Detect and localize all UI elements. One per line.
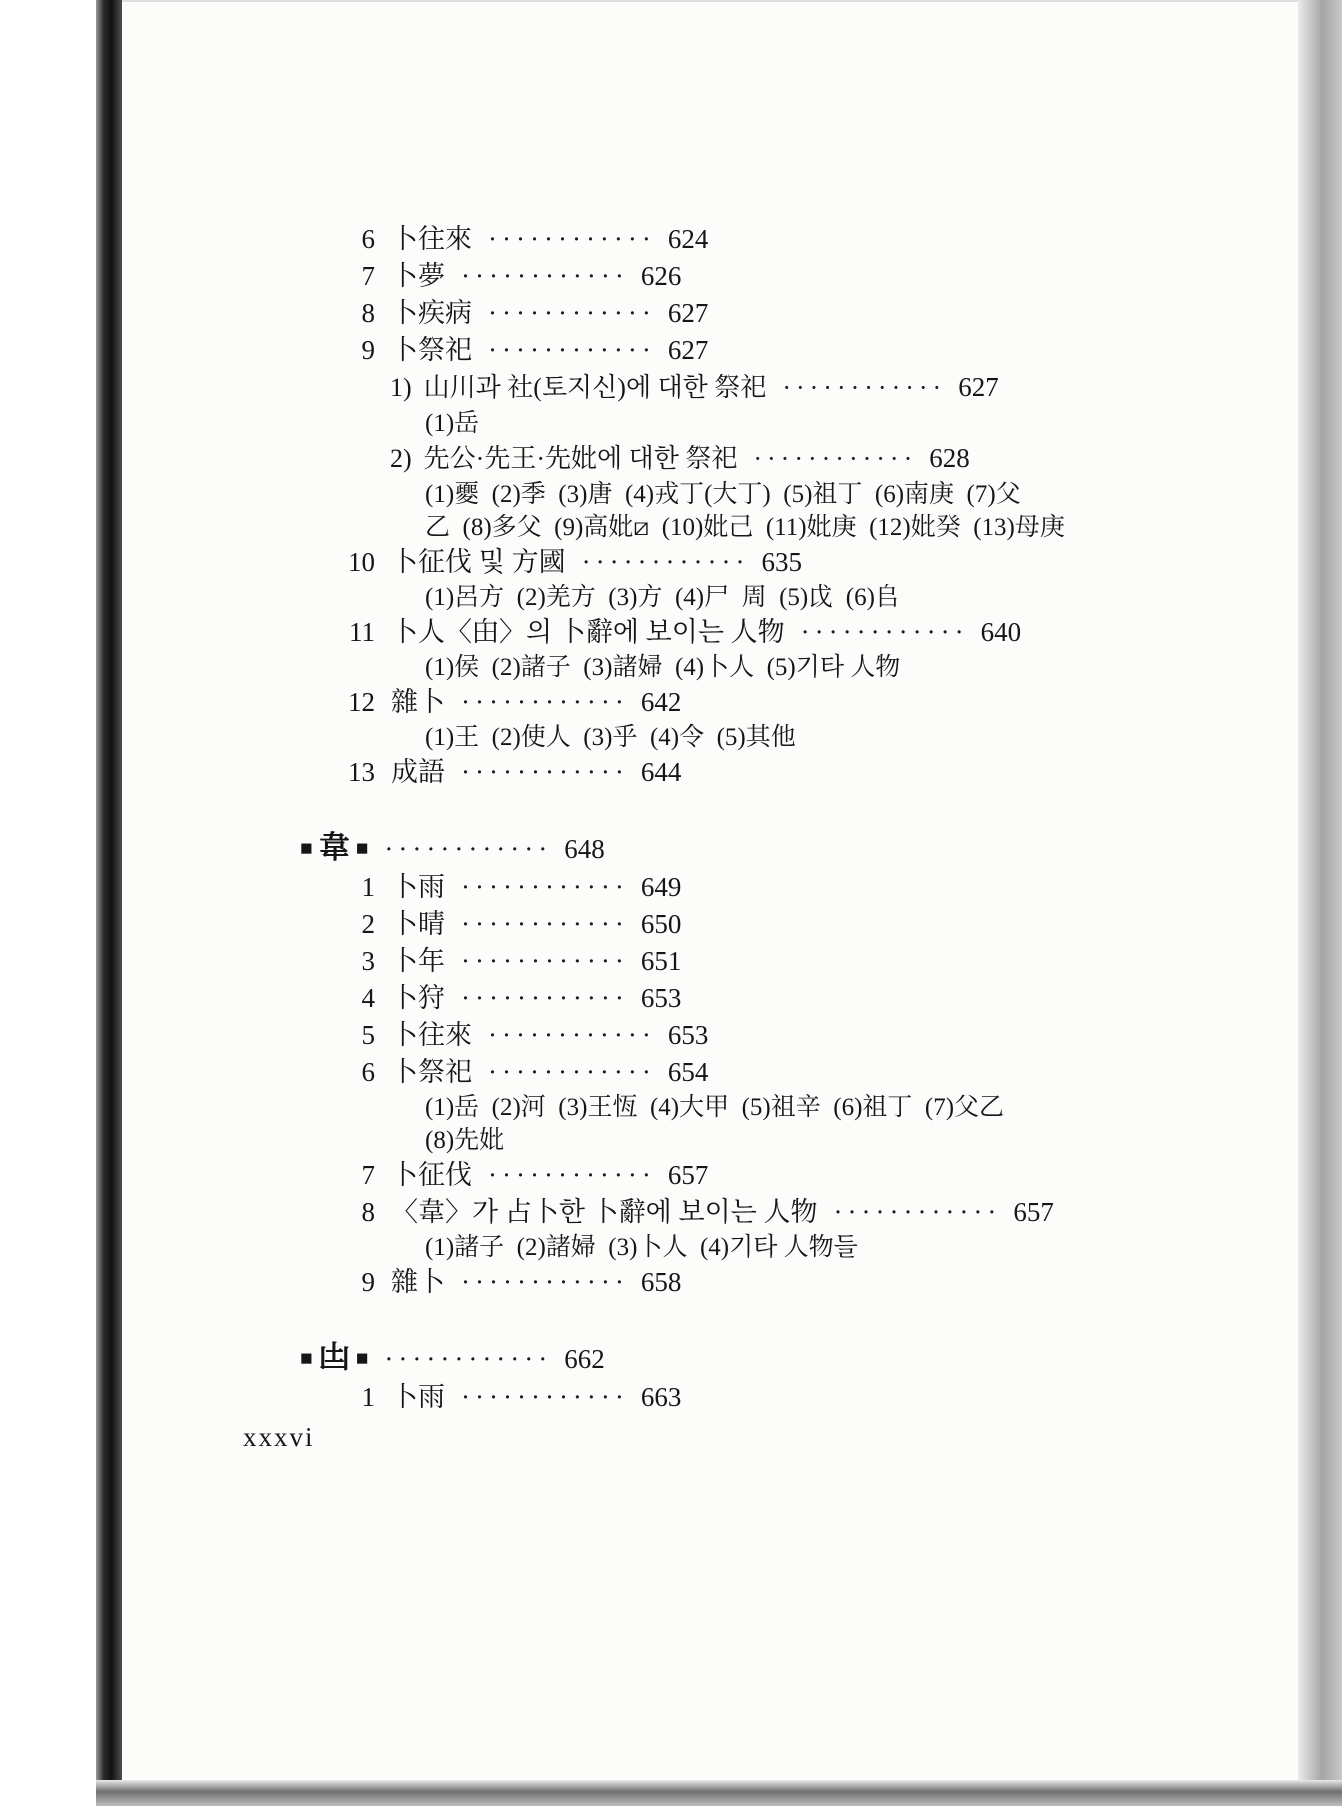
entry-page: 657: [668, 1160, 709, 1190]
leader-dots: ············: [782, 373, 946, 402]
section-marker-icon: ■: [356, 1346, 369, 1370]
entry-page: 644: [641, 757, 682, 787]
toc-entry: (1)侯 (2)諸子 (3)諸婦 (4)卜人 (5)기타 人物: [122, 654, 1298, 682]
toc-entry: (1)呂方 (2)羌方 (3)方 (4)尸 周 (5)戉 (6)𠂤: [122, 584, 1298, 612]
entry-title: 乙 (8)多父 (9)高妣⧄ (10)妣己 (11)妣庚 (12)妣癸 (13)…: [425, 514, 1065, 541]
entry-title: 卜疾病: [391, 298, 472, 328]
entry-title: (1)侯 (2)諸子 (3)諸婦 (4)卜人 (5)기타 人物: [425, 654, 900, 681]
toc-entry: 5卜往來············653: [122, 1020, 1298, 1050]
toc-entry: ■凷■············662: [122, 1343, 1298, 1374]
entry-number: 9: [333, 335, 375, 365]
entry-page: 642: [641, 687, 682, 717]
leader-dots: ············: [461, 983, 629, 1013]
entry-number: 5: [333, 1020, 375, 1050]
toc-entry: 6卜往來············624: [122, 224, 1298, 254]
entry-page: 635: [762, 547, 803, 577]
entry-page: 640: [981, 617, 1022, 647]
entry-title: 卜夢: [391, 261, 445, 291]
leader-dots: ············: [801, 617, 969, 647]
toc-entry: (8)先妣: [122, 1127, 1298, 1155]
entry-page: 628: [929, 443, 970, 473]
entry-title: 卜雨: [391, 1382, 445, 1412]
entry-page: 654: [668, 1057, 709, 1087]
entry-title: 雜卜: [391, 687, 445, 717]
toc-entry: 11卜人〈甶〉의 卜辭에 보이는 人物············640: [122, 617, 1298, 647]
toc-entry: 7卜征伐············657: [122, 1160, 1298, 1190]
entry-title: (1)夒 (2)季 (3)唐 (4)戎丁(大丁) (5)祖丁 (6)南庚 (7)…: [425, 481, 1021, 508]
entry-title: 雜卜: [391, 1267, 445, 1297]
page: 6卜往來············6247卜夢············6268卜疾…: [122, 0, 1298, 1792]
toc-entry: 1卜雨············649: [122, 872, 1298, 902]
entry-title: 卜晴: [391, 909, 445, 939]
entry-page: 627: [668, 298, 709, 328]
page-edge-shadow-bottom: [96, 1780, 1342, 1806]
leader-dots: ············: [488, 224, 656, 254]
entry-number: 6: [333, 1057, 375, 1087]
toc-entry: (1)岳 (2)河 (3)王恆 (4)大甲 (5)祖辛 (6)祖丁 (7)父乙: [122, 1094, 1298, 1122]
toc-entry: 2)先公·先王·先妣에 대한 祭祀············628: [122, 443, 1298, 474]
entry-number: 2): [390, 444, 412, 473]
toc-entry: 3卜年············651: [122, 946, 1298, 976]
entry-title: 卜人〈甶〉의 卜辭에 보이는 人物: [391, 617, 785, 647]
entry-title: 卜年: [391, 946, 445, 976]
entry-title: 卜征伐: [391, 1160, 472, 1190]
toc-entry: 6卜祭祀············654: [122, 1057, 1298, 1087]
toc-entry: 7卜夢············626: [122, 261, 1298, 291]
entry-title: 卜征伐 및 方國: [391, 547, 566, 577]
entry-title: (1)岳: [425, 410, 479, 437]
leader-dots: ············: [384, 834, 552, 864]
entry-title: (1)諸子 (2)諸婦 (3)卜人 (4)기타 人物들: [425, 1234, 858, 1261]
entry-number: 8: [333, 1197, 375, 1227]
entry-page: 627: [668, 335, 709, 365]
leader-dots: ············: [488, 1160, 656, 1190]
entry-title: (1)呂方 (2)羌方 (3)方 (4)尸 周 (5)戉 (6)𠂤: [425, 584, 900, 611]
entry-number: 7: [333, 261, 375, 291]
entry-title: 山川과 社(토지신)에 대한 祭祀: [424, 373, 767, 402]
leader-dots: ············: [461, 1382, 629, 1412]
toc-entry: 9卜祭祀············627: [122, 335, 1298, 365]
entry-page: 653: [641, 983, 682, 1013]
leader-dots: ············: [461, 1267, 629, 1297]
section-marker-icon: ■: [300, 1346, 313, 1370]
entry-number: 9: [333, 1267, 375, 1297]
entry-number: 3: [333, 946, 375, 976]
entry-number: 8: [333, 298, 375, 328]
leader-dots: ············: [461, 946, 629, 976]
leader-dots: ············: [488, 1057, 656, 1087]
toc-entry: (1)夒 (2)季 (3)唐 (4)戎丁(大丁) (5)祖丁 (6)南庚 (7)…: [122, 481, 1298, 509]
entry-number: 10: [333, 547, 375, 577]
entry-page: 651: [641, 946, 682, 976]
entry-title: (1)岳 (2)河 (3)王恆 (4)大甲 (5)祖辛 (6)祖丁 (7)父乙: [425, 1094, 1004, 1121]
leader-dots: ············: [488, 298, 656, 328]
entry-title: 先公·先王·先妣에 대한 祭祀: [424, 444, 738, 473]
section-gap: [122, 1304, 1298, 1340]
leader-dots: ············: [753, 444, 917, 473]
toc-entry: 1)山川과 社(토지신)에 대한 祭祀············627: [122, 372, 1298, 403]
toc-entry: (1)岳: [122, 410, 1298, 438]
leader-dots: ············: [384, 1344, 552, 1374]
entry-number: 2: [333, 909, 375, 939]
entry-title: 成語: [391, 757, 445, 787]
toc-entry: 9雜卜············658: [122, 1267, 1298, 1297]
page-edge-shadow-right: [1298, 0, 1342, 1806]
entry-title: 卜往來: [391, 224, 472, 254]
entry-number: 1): [390, 373, 412, 402]
entry-number: 12: [333, 687, 375, 717]
entry-title: 卜雨: [391, 872, 445, 902]
leader-dots: ············: [834, 1197, 1002, 1227]
entry-page: 663: [641, 1382, 682, 1412]
leader-dots: ············: [488, 1020, 656, 1050]
entry-number: 6: [333, 224, 375, 254]
entry-number: 7: [333, 1160, 375, 1190]
leader-dots: ············: [461, 687, 629, 717]
entry-title: 凷: [319, 1340, 350, 1375]
page-number-footer: xxxvi: [243, 1422, 315, 1453]
section-marker-icon: ■: [356, 836, 369, 860]
leader-dots: ············: [461, 909, 629, 939]
scanned-book-page: 6卜往來············6247卜夢············6268卜疾…: [0, 0, 1342, 1806]
entry-number: 1: [333, 872, 375, 902]
toc-entry: (1)王 (2)使人 (3)乎 (4)令 (5)其他: [122, 724, 1298, 752]
entry-title: 卜祭祀: [391, 1057, 472, 1087]
toc-entry: 乙 (8)多父 (9)高妣⧄ (10)妣己 (11)妣庚 (12)妣癸 (13)…: [122, 514, 1298, 542]
entry-page: 662: [564, 1344, 605, 1374]
leader-dots: ············: [461, 872, 629, 902]
entry-page: 657: [1013, 1197, 1054, 1227]
toc-entry: 12雜卜············642: [122, 687, 1298, 717]
entry-title: (8)先妣: [425, 1127, 504, 1154]
entry-number: 13: [333, 757, 375, 787]
entry-page: 650: [641, 909, 682, 939]
section-marker-icon: ■: [300, 836, 313, 860]
entry-page: 649: [641, 872, 682, 902]
entry-title: 卜祭祀: [391, 335, 472, 365]
toc-entry: (1)諸子 (2)諸婦 (3)卜人 (4)기타 人物들: [122, 1234, 1298, 1262]
entry-title: (1)王 (2)使人 (3)乎 (4)令 (5)其他: [425, 724, 796, 751]
entry-title: 卜狩: [391, 983, 445, 1013]
entry-page: 626: [641, 261, 682, 291]
entry-page: 627: [958, 372, 999, 402]
entry-page: 653: [668, 1020, 709, 1050]
section-gap: [122, 794, 1298, 830]
book-gutter-shadow: [96, 0, 122, 1806]
entry-title: 卜往來: [391, 1020, 472, 1050]
toc-entry: ■韋■············648: [122, 833, 1298, 864]
leader-dots: ············: [461, 757, 629, 787]
entry-page: 658: [641, 1267, 682, 1297]
entry-page: 624: [668, 224, 709, 254]
entry-title: 韋: [319, 830, 350, 865]
entry-number: 1: [333, 1382, 375, 1412]
toc-entry: 10卜征伐 및 方國············635: [122, 547, 1298, 577]
toc-entry: 13成語············644: [122, 757, 1298, 787]
entry-number: 11: [333, 617, 375, 647]
toc-entry: 8卜疾病············627: [122, 298, 1298, 328]
leader-dots: ············: [488, 335, 656, 365]
toc-entry: 2卜晴············650: [122, 909, 1298, 939]
entry-title: 〈韋〉가 占卜한 卜辭에 보이는 人物: [391, 1197, 818, 1227]
toc-entry: 1卜雨············663: [122, 1382, 1298, 1412]
leader-dots: ············: [582, 547, 750, 577]
toc-entry: 4卜狩············653: [122, 983, 1298, 1013]
leader-dots: ············: [461, 261, 629, 291]
entry-number: 4: [333, 983, 375, 1013]
toc-entry: 8〈韋〉가 占卜한 卜辭에 보이는 人物············657: [122, 1197, 1298, 1227]
toc-list: 6卜往來············6247卜夢············6268卜疾…: [122, 2, 1298, 1412]
entry-page: 648: [564, 834, 605, 864]
